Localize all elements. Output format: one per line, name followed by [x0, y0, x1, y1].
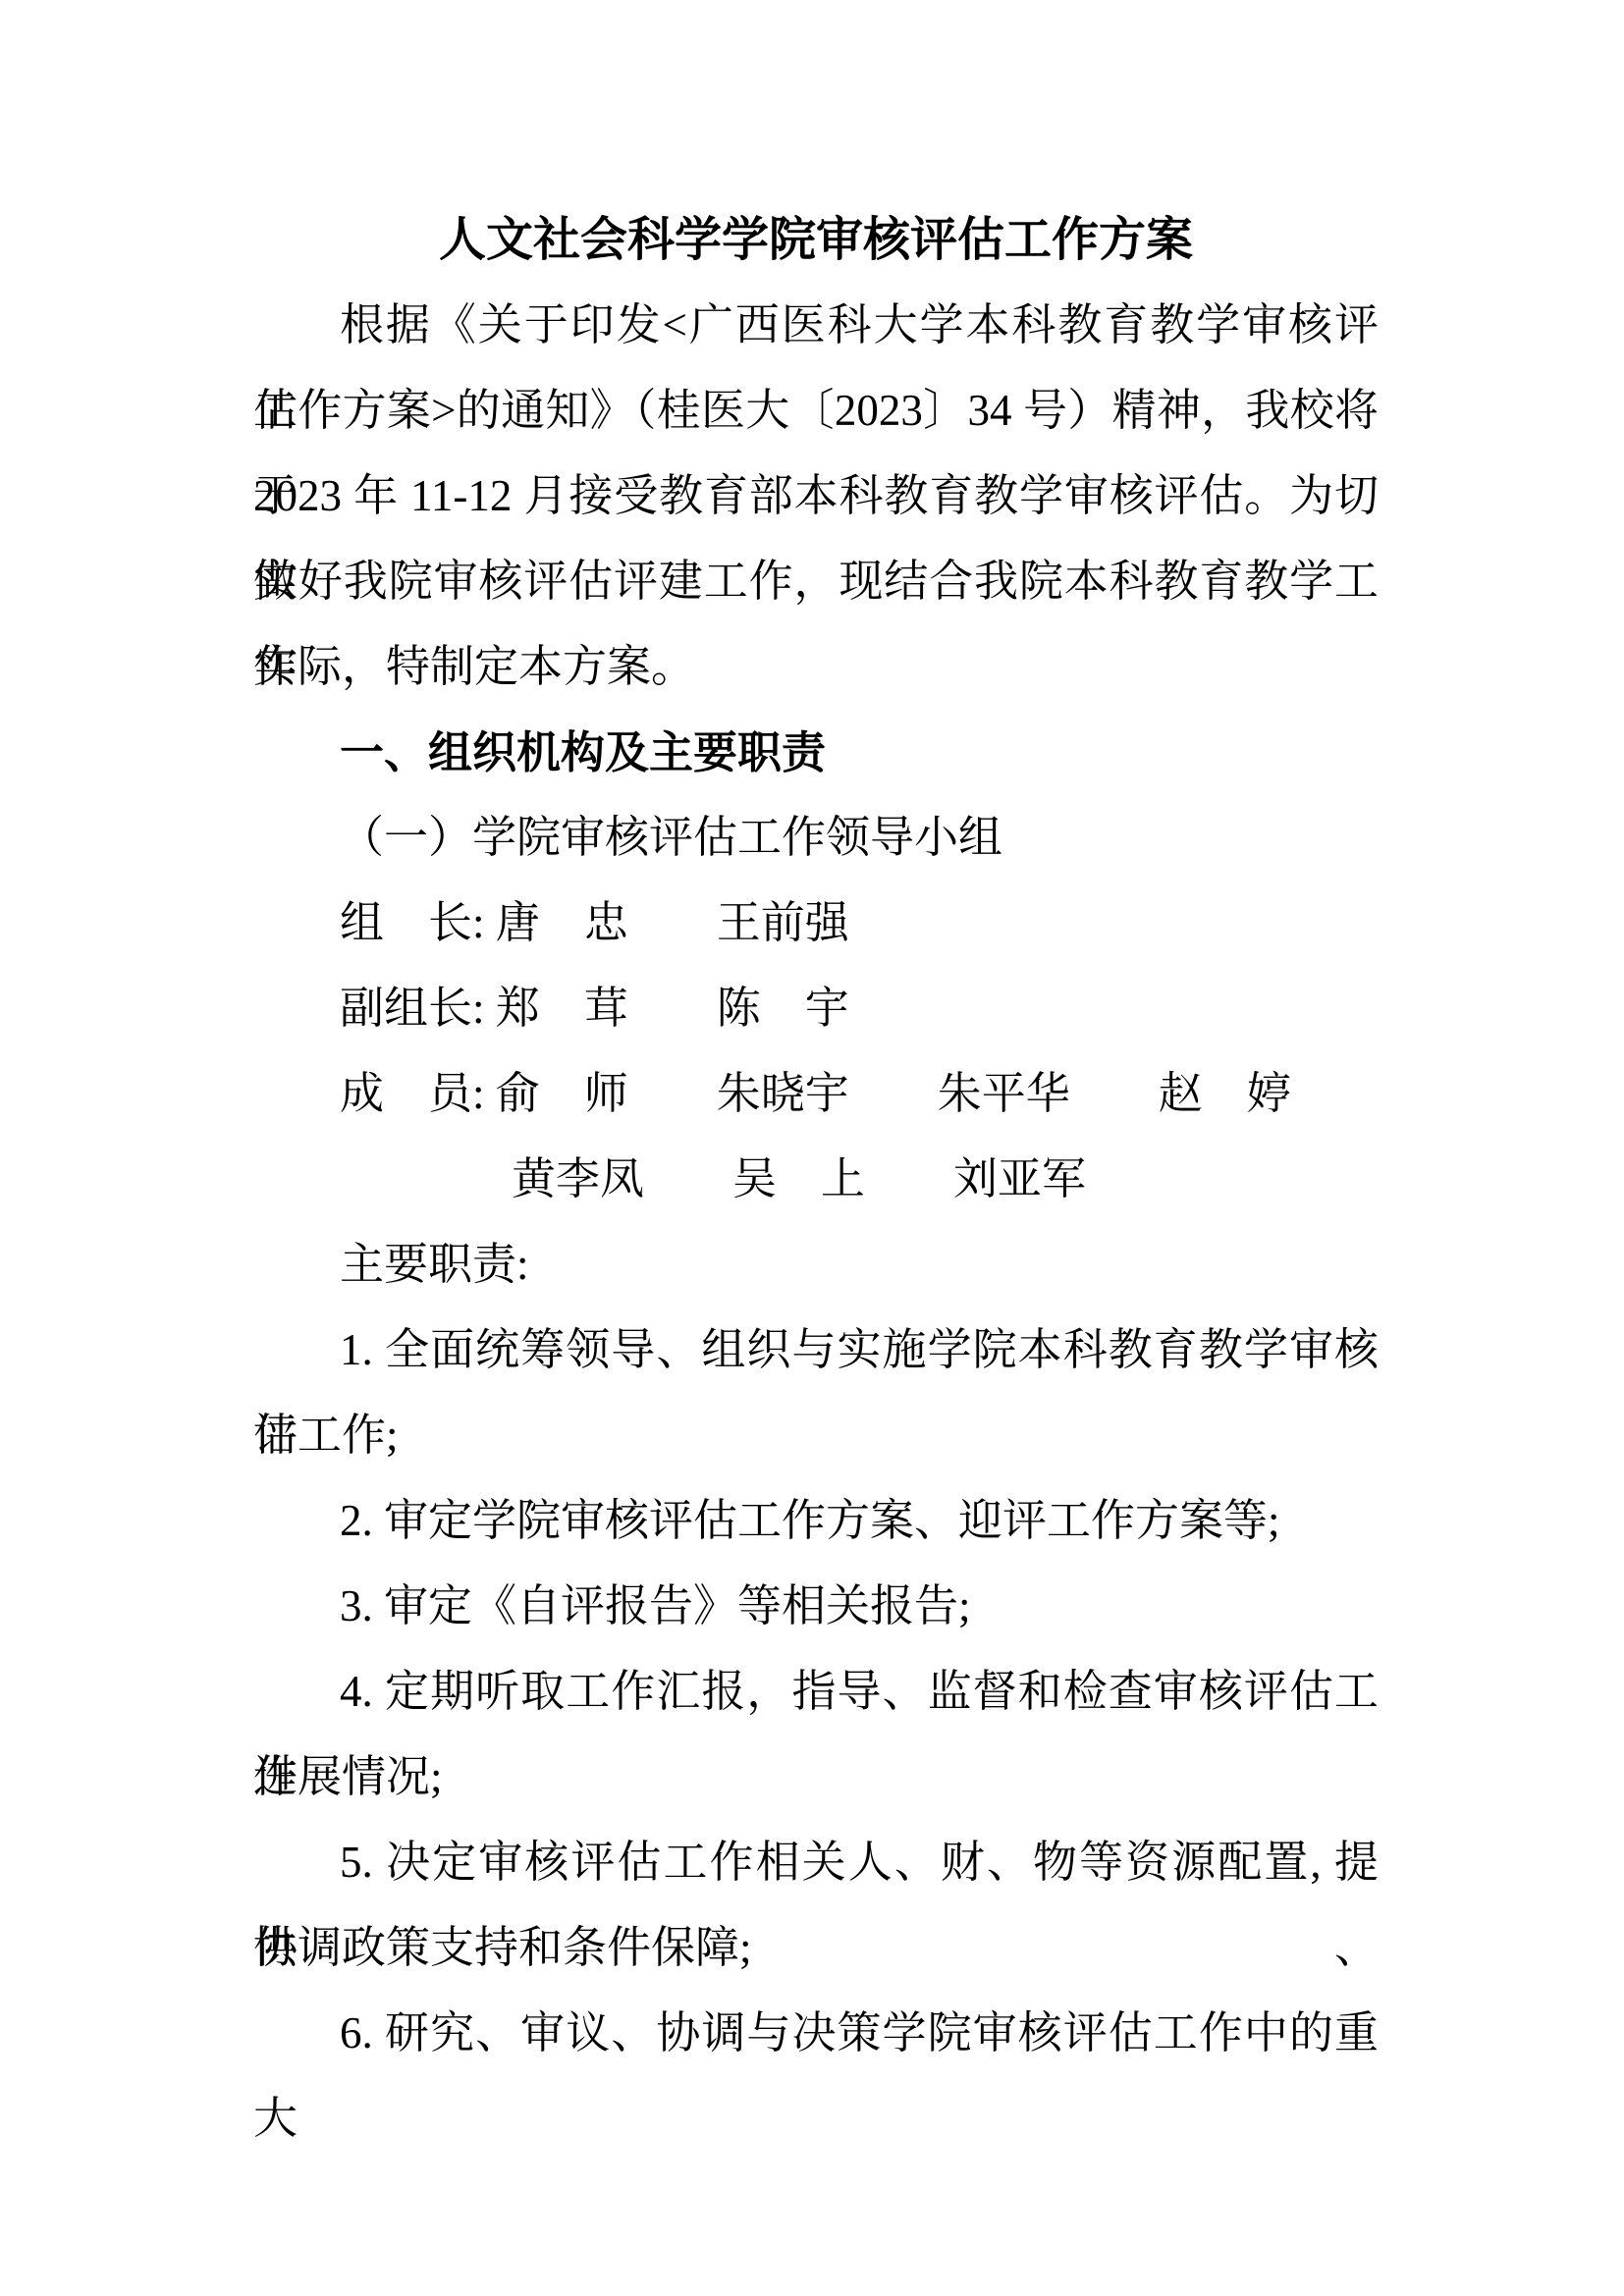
duties-label: 主要职责: [253, 1222, 1379, 1308]
duty-1-line-2: 估工作; [253, 1393, 1379, 1478]
intro-line-1: 根据《关于印发<广西医科大学本科教育教学审核评估 [253, 283, 1379, 368]
duty-6-line-1: 6. 研究、审议、协调与决策学院审核评估工作中的重大 [253, 1991, 1379, 2076]
duty-4-line-2: 进展情况; [253, 1735, 1379, 1820]
intro-line-5: 实际，特制定本方案。 [253, 624, 1379, 710]
subsection-heading: （一）学院审核评估工作领导小组 [253, 795, 1379, 881]
roster-deputy-leader-row: 副组长: 郑 茸 陈 宇 [253, 966, 1379, 1051]
duty-3-line-1: 3. 审定《自评报告》等相关报告; [253, 1564, 1379, 1649]
roster-members-row-1: 成 员: 俞 师 朱晓宇 朱平华 赵 婷 [253, 1051, 1379, 1137]
duty-5-line-1: 5. 决定审核评估工作相关人、财、物等资源配置, 提供、 [253, 1820, 1379, 1905]
intro-line-2: 工作方案>的通知》（桂医大〔2023〕34 号）精神，我校将于 [253, 368, 1379, 454]
intro-line-3: 2023 年 11-12 月接受教育部本科教育教学审核评估。为切实 [253, 454, 1379, 539]
duty-4-line-1: 4. 定期听取工作汇报，指导、监督和检查审核评估工作 [253, 1649, 1379, 1735]
document-title: 人文社会科学学院审核评估工作方案 [253, 197, 1379, 283]
roster-leader-row: 组 长: 唐 忠 王前强 [253, 881, 1379, 966]
roster-members-row-2: 黄李凤 吴 上 刘亚军 [253, 1137, 1379, 1222]
document-content: 人文社会科学学院审核评估工作方案 根据《关于印发<广西医科大学本科教育教学审核评… [253, 197, 1379, 2076]
duty-1-line-1: 1. 全面统筹领导、组织与实施学院本科教育教学审核评 [253, 1308, 1379, 1393]
duty-2-line-1: 2. 审定学院审核评估工作方案、迎评工作方案等; [253, 1478, 1379, 1564]
document-page: 人文社会科学学院审核评估工作方案 根据《关于印发<广西医科大学本科教育教学审核评… [0, 0, 1624, 2296]
section-1-heading: 一、组织机构及主要职责 [253, 710, 1379, 795]
intro-line-4: 做好我院审核评估评建工作，现结合我院本科教育教学工作 [253, 539, 1379, 624]
